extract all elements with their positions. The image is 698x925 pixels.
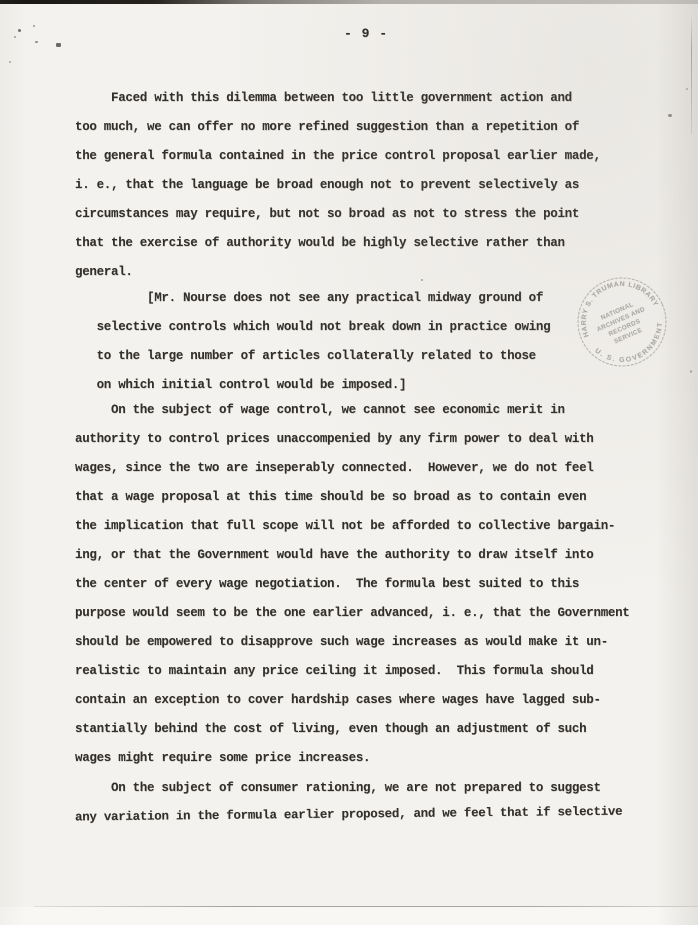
scan-top-edge — [0, 0, 698, 4]
ink-speck — [14, 36, 16, 38]
text-line: circumstances may require, but not so br… — [75, 200, 601, 229]
text-line: the implication that full scope will not… — [75, 512, 630, 541]
paragraph-nourse-note: [Mr. Nourse does not see any practical m… — [75, 284, 550, 400]
ink-speck — [18, 29, 21, 32]
text-line: stantially behind the cost of living, ev… — [75, 715, 630, 744]
text-line: purpose would seem to be the one earlier… — [75, 599, 630, 628]
ink-speck — [690, 370, 692, 373]
text-line: that the exercise of authority would be … — [75, 229, 601, 258]
text-line: general. — [75, 258, 601, 287]
ink-speck — [9, 61, 11, 63]
text-line: any variation in the formula earlier pro… — [75, 798, 623, 833]
text-line: [Mr. Nourse does not see any practical m… — [75, 284, 550, 313]
text-line: wages, since the two are inseperably con… — [75, 454, 630, 483]
text-line: authority to control prices unaccompenie… — [75, 425, 630, 454]
text-line: wages might require some price increases… — [75, 744, 630, 773]
text-line: to the large number of articles collater… — [75, 342, 550, 371]
text-line: realistic to maintain any price ceiling … — [75, 657, 630, 686]
scanned-page: - 9 - Faced with this dilemma between to… — [0, 0, 698, 925]
ink-speck — [35, 41, 38, 43]
page-number: - 9 - — [34, 26, 698, 41]
text-line: too much, we can offer no more refined s… — [75, 113, 601, 142]
text-line: i. e., that the language be broad enough… — [75, 171, 601, 200]
scan-bottom-margin — [0, 907, 698, 925]
text-line: should be empowered to disapprove such w… — [75, 628, 630, 657]
text-line: contain an exception to cover hardship c… — [75, 686, 630, 715]
paragraph-intro: Faced with this dilemma between too litt… — [75, 84, 601, 287]
text-line: the general formula contained in the pri… — [75, 142, 601, 171]
ink-speck — [668, 114, 672, 117]
text-line: Faced with this dilemma between too litt… — [75, 84, 601, 113]
paragraph-consumer-rationing: On the subject of consumer rationing, we… — [75, 774, 622, 832]
text-line: the center of every wage negotiation. Th… — [75, 570, 630, 599]
page-bottom-edge — [34, 906, 698, 907]
ink-speck — [56, 43, 61, 47]
paragraph-wage-control: On the subject of wage control, we canno… — [75, 396, 630, 773]
text-line: ing, or that the Government would have t… — [75, 541, 630, 570]
text-line: On the subject of wage control, we canno… — [75, 396, 630, 425]
text-line: that a wage proposal at this time should… — [75, 483, 630, 512]
ink-speck — [686, 88, 688, 90]
text-line: selective controls which would not break… — [75, 313, 550, 342]
